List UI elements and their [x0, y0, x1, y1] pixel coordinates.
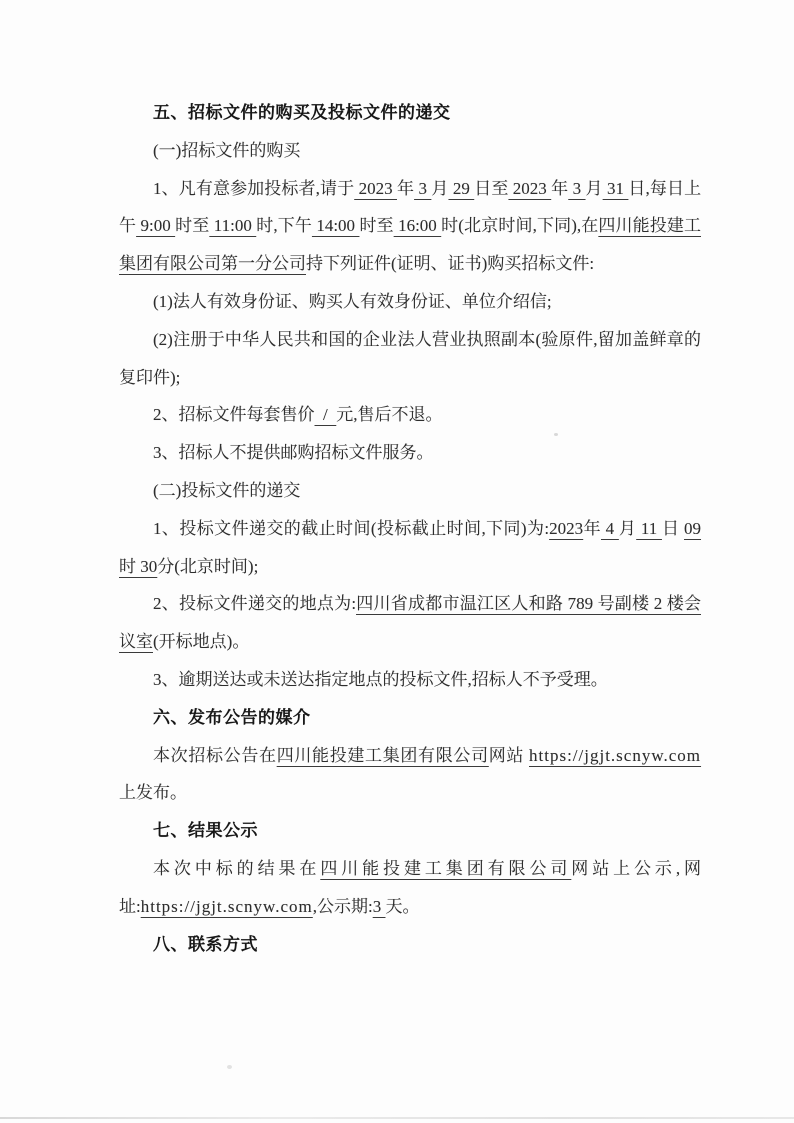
underlined-fill-in: 3 [373, 897, 386, 916]
text-run: 时至 [175, 216, 209, 235]
text-run: 年 [583, 519, 601, 538]
underlined-fill-in: 3 [414, 179, 431, 198]
section-heading: 八、联系方式 [119, 926, 701, 964]
underlined-fill-in: 2023 [508, 179, 551, 198]
url-text: https://jgjt.scnyw.com [529, 746, 701, 765]
text-run: 时(北京时间,下同),在 [441, 216, 598, 235]
text-run: 2、招标文件每套售价 [153, 405, 315, 424]
scan-speck-artifact [227, 1065, 232, 1069]
document-page: 五、招标文件的购买及投标文件的递交(一)招标文件的购买1、凡有意参加投标者,请于… [0, 0, 794, 1123]
paragraph: 3、逾期送达或未送达指定地点的投标文件,招标人不予受理。 [119, 661, 701, 699]
text-run: (开标地点)。 [153, 632, 249, 651]
paragraph: (1)法人有效身份证、购买人有效身份证、单位介绍信; [119, 283, 701, 321]
text-run: 1、投标文件递交的截止时间(投标截止时间,下同)为: [153, 519, 549, 538]
text-run: (2)注册于中华人民共和国的企业法人营业执照副本(验原件,留加盖鲜章的复印件); [119, 330, 701, 387]
underlined-fill-in: 31 [603, 179, 629, 198]
scan-speck-artifact [554, 433, 558, 436]
underlined-fill-in: 4 [601, 519, 619, 538]
text-run: 时至 [359, 216, 393, 235]
underlined-fill-in: 29 [448, 179, 474, 198]
paragraph: 3、招标人不提供邮购招标文件服务。 [119, 434, 701, 472]
text-run: 3、逾期送达或未送达指定地点的投标文件,招标人不予受理。 [153, 670, 608, 689]
paragraph: 2、投标文件递交的地点为:四川省成都市温江区人和路 789 号副楼 2 楼会议室… [119, 585, 701, 661]
underlined-fill-in: 11:00 [209, 216, 256, 235]
text-run: (一)招标文件的购买 [153, 141, 300, 160]
paragraph: 2、招标文件每套售价 / 元,售后不退。 [119, 396, 701, 434]
section-heading: 七、结果公示 [119, 812, 701, 850]
section-heading: 五、招标文件的购买及投标文件的递交 [119, 94, 701, 132]
text-run: 网站 [489, 746, 529, 765]
text-run: 持下列证件(证明、证书)购买招标文件: [306, 254, 594, 273]
underlined-fill-in: 14:00 [312, 216, 359, 235]
text-run: 月 [586, 179, 603, 198]
paragraph: (2)注册于中华人民共和国的企业法人营业执照副本(验原件,留加盖鲜章的复印件); [119, 321, 701, 397]
underlined-fill-in: / [315, 405, 337, 424]
text-run: 月 [619, 519, 636, 538]
paragraph: 1、凡有意参加投标者,请于 2023 年 3 月 29 日至 2023 年 3 … [119, 170, 701, 283]
section-heading: 六、发布公告的媒介 [119, 699, 701, 737]
text-run: 六、发布公告的媒介 [153, 708, 311, 727]
paragraph: (一)招标文件的购买 [119, 132, 701, 170]
text-run: 元,售后不退。 [336, 405, 442, 424]
text-run: 时,下午 [256, 216, 312, 235]
text-run: 七、结果公示 [153, 821, 258, 840]
scan-bottom-edge-artifact [0, 1117, 794, 1119]
text-run: 日至 [474, 179, 508, 198]
text-run: 本次招标公告在 [153, 746, 277, 765]
document-body: 五、招标文件的购买及投标文件的递交(一)招标文件的购买1、凡有意参加投标者,请于… [119, 94, 701, 963]
underlined-fill-in: 11 [636, 519, 662, 538]
text-run: (1)法人有效身份证、购买人有效身份证、单位介绍信; [153, 292, 552, 311]
underlined-fill-in: 16:00 [394, 216, 441, 235]
text-run: 五、招标文件的购买及投标文件的递交 [153, 103, 451, 122]
underlined-fill-in: 四川能投建工集团有限公司 [277, 746, 489, 765]
text-run: 上发布。 [119, 783, 187, 802]
text-run: 年 [551, 179, 568, 198]
text-run: 3、招标人不提供邮购招标文件服务。 [153, 443, 434, 462]
paragraph: 本次中标的结果在四川能投建工集团有限公司网站上公示,网址:https://jgj… [119, 850, 701, 926]
text-run: 日 [662, 519, 684, 538]
paragraph: 1、投标文件递交的截止时间(投标截止时间,下同)为:2023年 4 月 11 日… [119, 510, 701, 586]
text-run: ,公示期: [313, 897, 373, 916]
text-run: 年 [397, 179, 414, 198]
text-run: (二)投标文件的递交 [153, 481, 300, 500]
text-run: 天。 [385, 897, 419, 916]
underlined-fill-in: 四川能投建工集团有限公司 [320, 859, 571, 878]
paragraph: (二)投标文件的递交 [119, 472, 701, 510]
underlined-fill-in: 9:00 [136, 216, 175, 235]
text-run: 分(北京时间); [157, 557, 258, 576]
text-run: 本次中标的结果在 [153, 859, 320, 878]
text-run: 1、凡有意参加投标者,请于 [153, 179, 354, 198]
underlined-fill-in: 2023 [354, 179, 397, 198]
paragraph: 本次招标公告在四川能投建工集团有限公司网站 https://jgjt.scnyw… [119, 737, 701, 813]
text-run: 八、联系方式 [153, 935, 258, 954]
text-run: 2、投标文件递交的地点为: [153, 594, 356, 613]
url-text: https://jgjt.scnyw.com [141, 897, 313, 916]
underlined-fill-in: 2023 [549, 519, 583, 538]
underlined-fill-in: 3 [568, 179, 585, 198]
text-run: 月 [431, 179, 448, 198]
